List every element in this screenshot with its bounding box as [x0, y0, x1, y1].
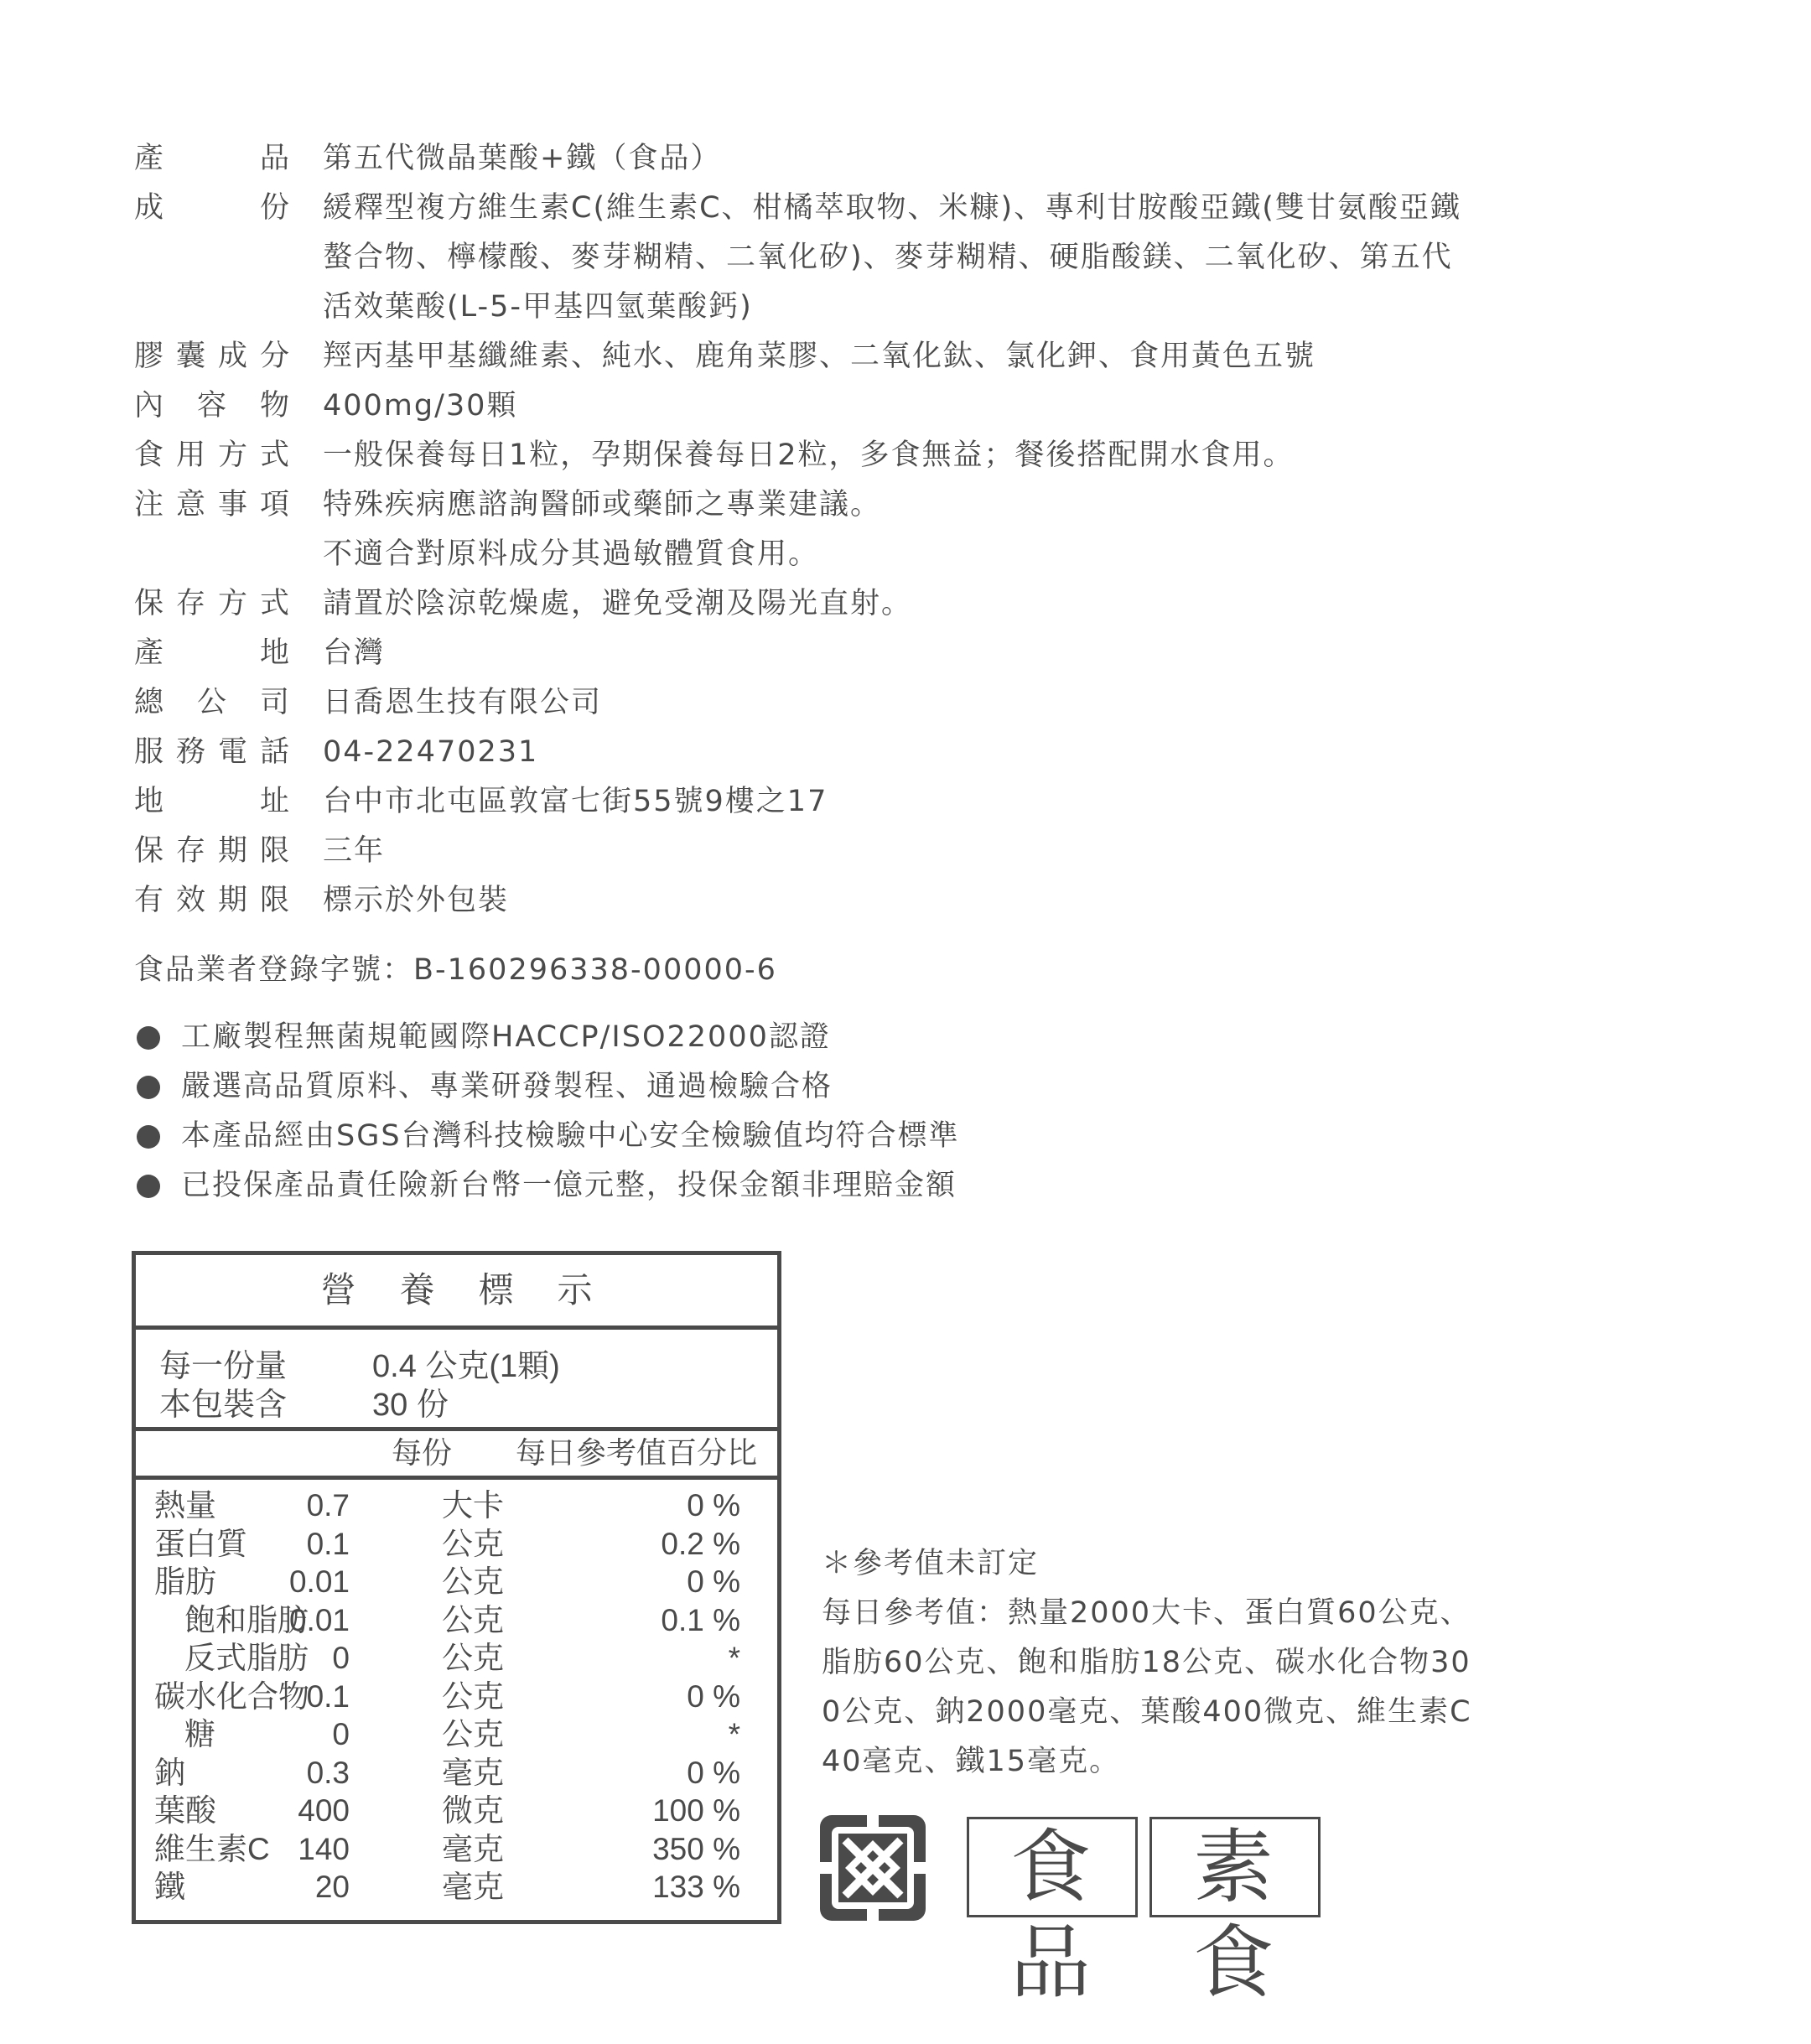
- nutrient-daily-percent: 133 %: [652, 1868, 740, 1907]
- note-line: ＊參考值未訂定: [822, 1539, 1472, 1589]
- nutrient-daily-percent: 100 %: [652, 1792, 740, 1830]
- nutrient-row: 飽和脂肪0.01公克0.1 %: [136, 1601, 777, 1640]
- nutrient-row: 鐵20毫克133 %: [136, 1868, 777, 1907]
- info-value: 不適合對原料成分其過敏體質食用。: [323, 530, 819, 579]
- nutrient-daily-percent: 350 %: [652, 1830, 740, 1869]
- nutrient-name: 熱量: [154, 1486, 216, 1525]
- nutrient-unit: 毫克: [442, 1830, 504, 1869]
- info-value: 羥丙基甲基纖維素、純水、鹿角菜膠、二氧化鈦、氯化鉀、食用黃色五號: [323, 332, 1315, 381]
- divider: [136, 1325, 777, 1330]
- info-value: 台中市北屯區敦富七街55號9樓之17: [323, 777, 828, 827]
- nutrient-amount: 0.01: [289, 1563, 350, 1601]
- bullet-dot-icon: [137, 1175, 160, 1198]
- nutrient-unit: 大卡: [442, 1486, 504, 1525]
- nutrient-name: 反式脂肪: [184, 1639, 309, 1678]
- nutrient-daily-percent: 0.2 %: [661, 1525, 740, 1564]
- nutrient-amount: 0.3: [307, 1754, 350, 1792]
- info-value: 特殊疾病應諮詢醫師或藥師之專業建議。: [323, 480, 881, 530]
- nutrition-facts-table: 營養標示 每一份量 0.4 公克(1顆) 本包裝含 30 份 每份 每日參考值百…: [132, 1251, 781, 1924]
- info-label: 保存方式: [134, 579, 289, 629]
- nutrient-unit: 毫克: [442, 1754, 504, 1792]
- nutrient-row: 反式脂肪0公克*: [136, 1639, 777, 1678]
- nutrient-name: 脂肪: [154, 1563, 216, 1601]
- divider: [136, 1476, 777, 1480]
- serving-size-value: 0.4 公克(1顆): [372, 1347, 560, 1386]
- recycle-icon: [820, 1815, 926, 1921]
- nutrient-name: 糖: [184, 1715, 215, 1754]
- info-value: 台灣: [323, 629, 385, 678]
- nutrient-row: 葉酸400微克100 %: [136, 1792, 777, 1830]
- nutrient-unit: 公克: [442, 1601, 504, 1640]
- vegetarian-mark: 素食: [1149, 1817, 1321, 1917]
- info-value: 04-22470231: [323, 728, 538, 777]
- nutrient-name: 鐵: [154, 1868, 185, 1907]
- info-value: 三年: [323, 827, 385, 876]
- info-label: 成份: [134, 184, 289, 233]
- bullet-dot-icon: [137, 1125, 160, 1149]
- nutrient-amount: 0.1: [307, 1678, 350, 1716]
- nutrient-daily-percent: 0 %: [687, 1486, 740, 1525]
- info-value: 日喬恩生技有限公司: [323, 678, 602, 728]
- nutrient-amount: 0.1: [307, 1525, 350, 1564]
- nutrient-amount: 0.01: [289, 1601, 350, 1640]
- info-value: 活效葉酸(L-5-甲基四氫葉酸鈣): [323, 283, 753, 332]
- servings-per-package-value: 30 份: [372, 1386, 449, 1424]
- note-line: 0公克、鈉2000毫克、葉酸400微克、維生素C: [822, 1688, 1472, 1737]
- column-header-per-serving: 每份: [392, 1434, 452, 1471]
- nutrient-name: 葉酸: [154, 1792, 216, 1830]
- info-value: 請置於陰涼乾燥處，避免受潮及陽光直射。: [323, 579, 912, 629]
- registration-number: 食品業者登錄字號：B-160296338-00000-6: [134, 949, 777, 991]
- nutrient-row: 熱量0.7大卡0 %: [136, 1486, 777, 1525]
- nutrient-unit: 公克: [442, 1563, 504, 1601]
- nutrient-unit: 公克: [442, 1678, 504, 1716]
- nutrient-daily-percent: 0.1 %: [661, 1601, 740, 1640]
- info-label: 服務電話: [134, 728, 289, 777]
- nutrition-title: 營養標示: [136, 1255, 777, 1325]
- nutrient-name: 碳水化合物: [154, 1678, 309, 1716]
- info-value: 螯合物、檸檬酸、麥芽糊精、二氧化矽)、麥芽糊精、硬脂酸鎂、二氧化矽、第五代: [323, 233, 1453, 283]
- info-value: 標示於外包裝: [323, 876, 509, 926]
- nutrient-unit: 微克: [442, 1792, 504, 1830]
- nutrient-unit: 毫克: [442, 1868, 504, 1907]
- info-label: 保存期限: [134, 827, 289, 876]
- nutrient-unit: 公克: [442, 1525, 504, 1564]
- bullet-text: 嚴選高品質原料、專業研發製程、通過檢驗合格: [181, 1062, 833, 1112]
- note-line: 40毫克、鐵15毫克。: [822, 1737, 1472, 1787]
- nutrient-row: 碳水化合物0.1公克0 %: [136, 1678, 777, 1716]
- nutrient-amount: 20: [315, 1868, 350, 1907]
- nutrient-row: 維生素C140毫克350 %: [136, 1830, 777, 1869]
- bullet-text: 已投保產品責任險新台幣一億元整，投保金額非理賠金額: [181, 1161, 957, 1211]
- info-value: 第五代微晶葉酸+鐵（食品）: [323, 134, 721, 184]
- nutrient-row: 糖0公克*: [136, 1715, 777, 1754]
- column-header-daily-percent: 每日參考值百分比: [516, 1434, 757, 1471]
- bullet-text: 工廠製程無菌規範國際HACCP/ISO22000認證: [181, 1013, 831, 1062]
- nutrient-name: 維生素C: [154, 1830, 270, 1869]
- nutrient-amount: 140: [298, 1830, 350, 1869]
- info-value: 400mg/30顆: [323, 381, 517, 431]
- nutrient-name: 鈉: [154, 1754, 185, 1792]
- servings-per-package-label: 本包裝含: [159, 1386, 287, 1424]
- food-mark: 食品: [967, 1817, 1138, 1917]
- divider: [136, 1427, 777, 1431]
- nutrient-daily-percent: *: [729, 1639, 740, 1678]
- nutrient-amount: 0.7: [307, 1486, 350, 1525]
- info-label: 膠囊成分: [134, 332, 289, 381]
- nutrient-row: 鈉0.3毫克0 %: [136, 1754, 777, 1792]
- info-label: 總公司: [134, 678, 289, 728]
- nutrient-daily-percent: 0 %: [687, 1563, 740, 1601]
- nutrient-row: 蛋白質0.1公克0.2 %: [136, 1525, 777, 1564]
- nutrient-unit: 公克: [442, 1639, 504, 1678]
- bullet-dot-icon: [137, 1076, 160, 1099]
- reference-notes: ＊參考值未訂定 每日參考值：熱量2000大卡、蛋白質60公克、 脂肪60公克、飽…: [822, 1539, 1472, 1787]
- nutrient-daily-percent: 0 %: [687, 1754, 740, 1792]
- nutrient-name: 蛋白質: [154, 1525, 247, 1564]
- info-label: 產地: [134, 629, 289, 678]
- serving-size-label: 每一份量: [159, 1347, 287, 1386]
- nutrient-amount: 0: [332, 1639, 350, 1678]
- nutrient-row: 脂肪0.01公克0 %: [136, 1563, 777, 1601]
- info-label: 食用方式: [134, 431, 289, 480]
- info-value: 一般保養每日1粒，孕期保養每日2粒，多食無益；餐後搭配開水食用。: [323, 431, 1295, 480]
- info-value: 緩釋型複方維生素C(維生素C、柑橘萃取物、米糠)、專利甘胺酸亞鐵(雙甘氨酸亞鐵: [323, 184, 1461, 233]
- info-label: 有效期限: [134, 876, 289, 926]
- nutrient-daily-percent: *: [729, 1715, 740, 1754]
- nutrient-amount: 0: [332, 1715, 350, 1754]
- note-line: 每日參考值：熱量2000大卡、蛋白質60公克、: [822, 1589, 1472, 1638]
- nutrient-amount: 400: [298, 1792, 350, 1830]
- bullet-text: 本產品經由SGS台灣科技檢驗中心安全檢驗值均符合標準: [181, 1112, 960, 1161]
- note-line: 脂肪60公克、飽和脂肪18公克、碳水化合物30: [822, 1638, 1472, 1688]
- info-label: 產品: [134, 134, 289, 184]
- info-label: 地址: [134, 777, 289, 827]
- info-label: 內容物: [134, 381, 289, 431]
- info-label: 注意事項: [134, 480, 289, 530]
- nutrient-unit: 公克: [442, 1715, 504, 1754]
- nutrient-daily-percent: 0 %: [687, 1678, 740, 1716]
- bullet-dot-icon: [137, 1026, 160, 1050]
